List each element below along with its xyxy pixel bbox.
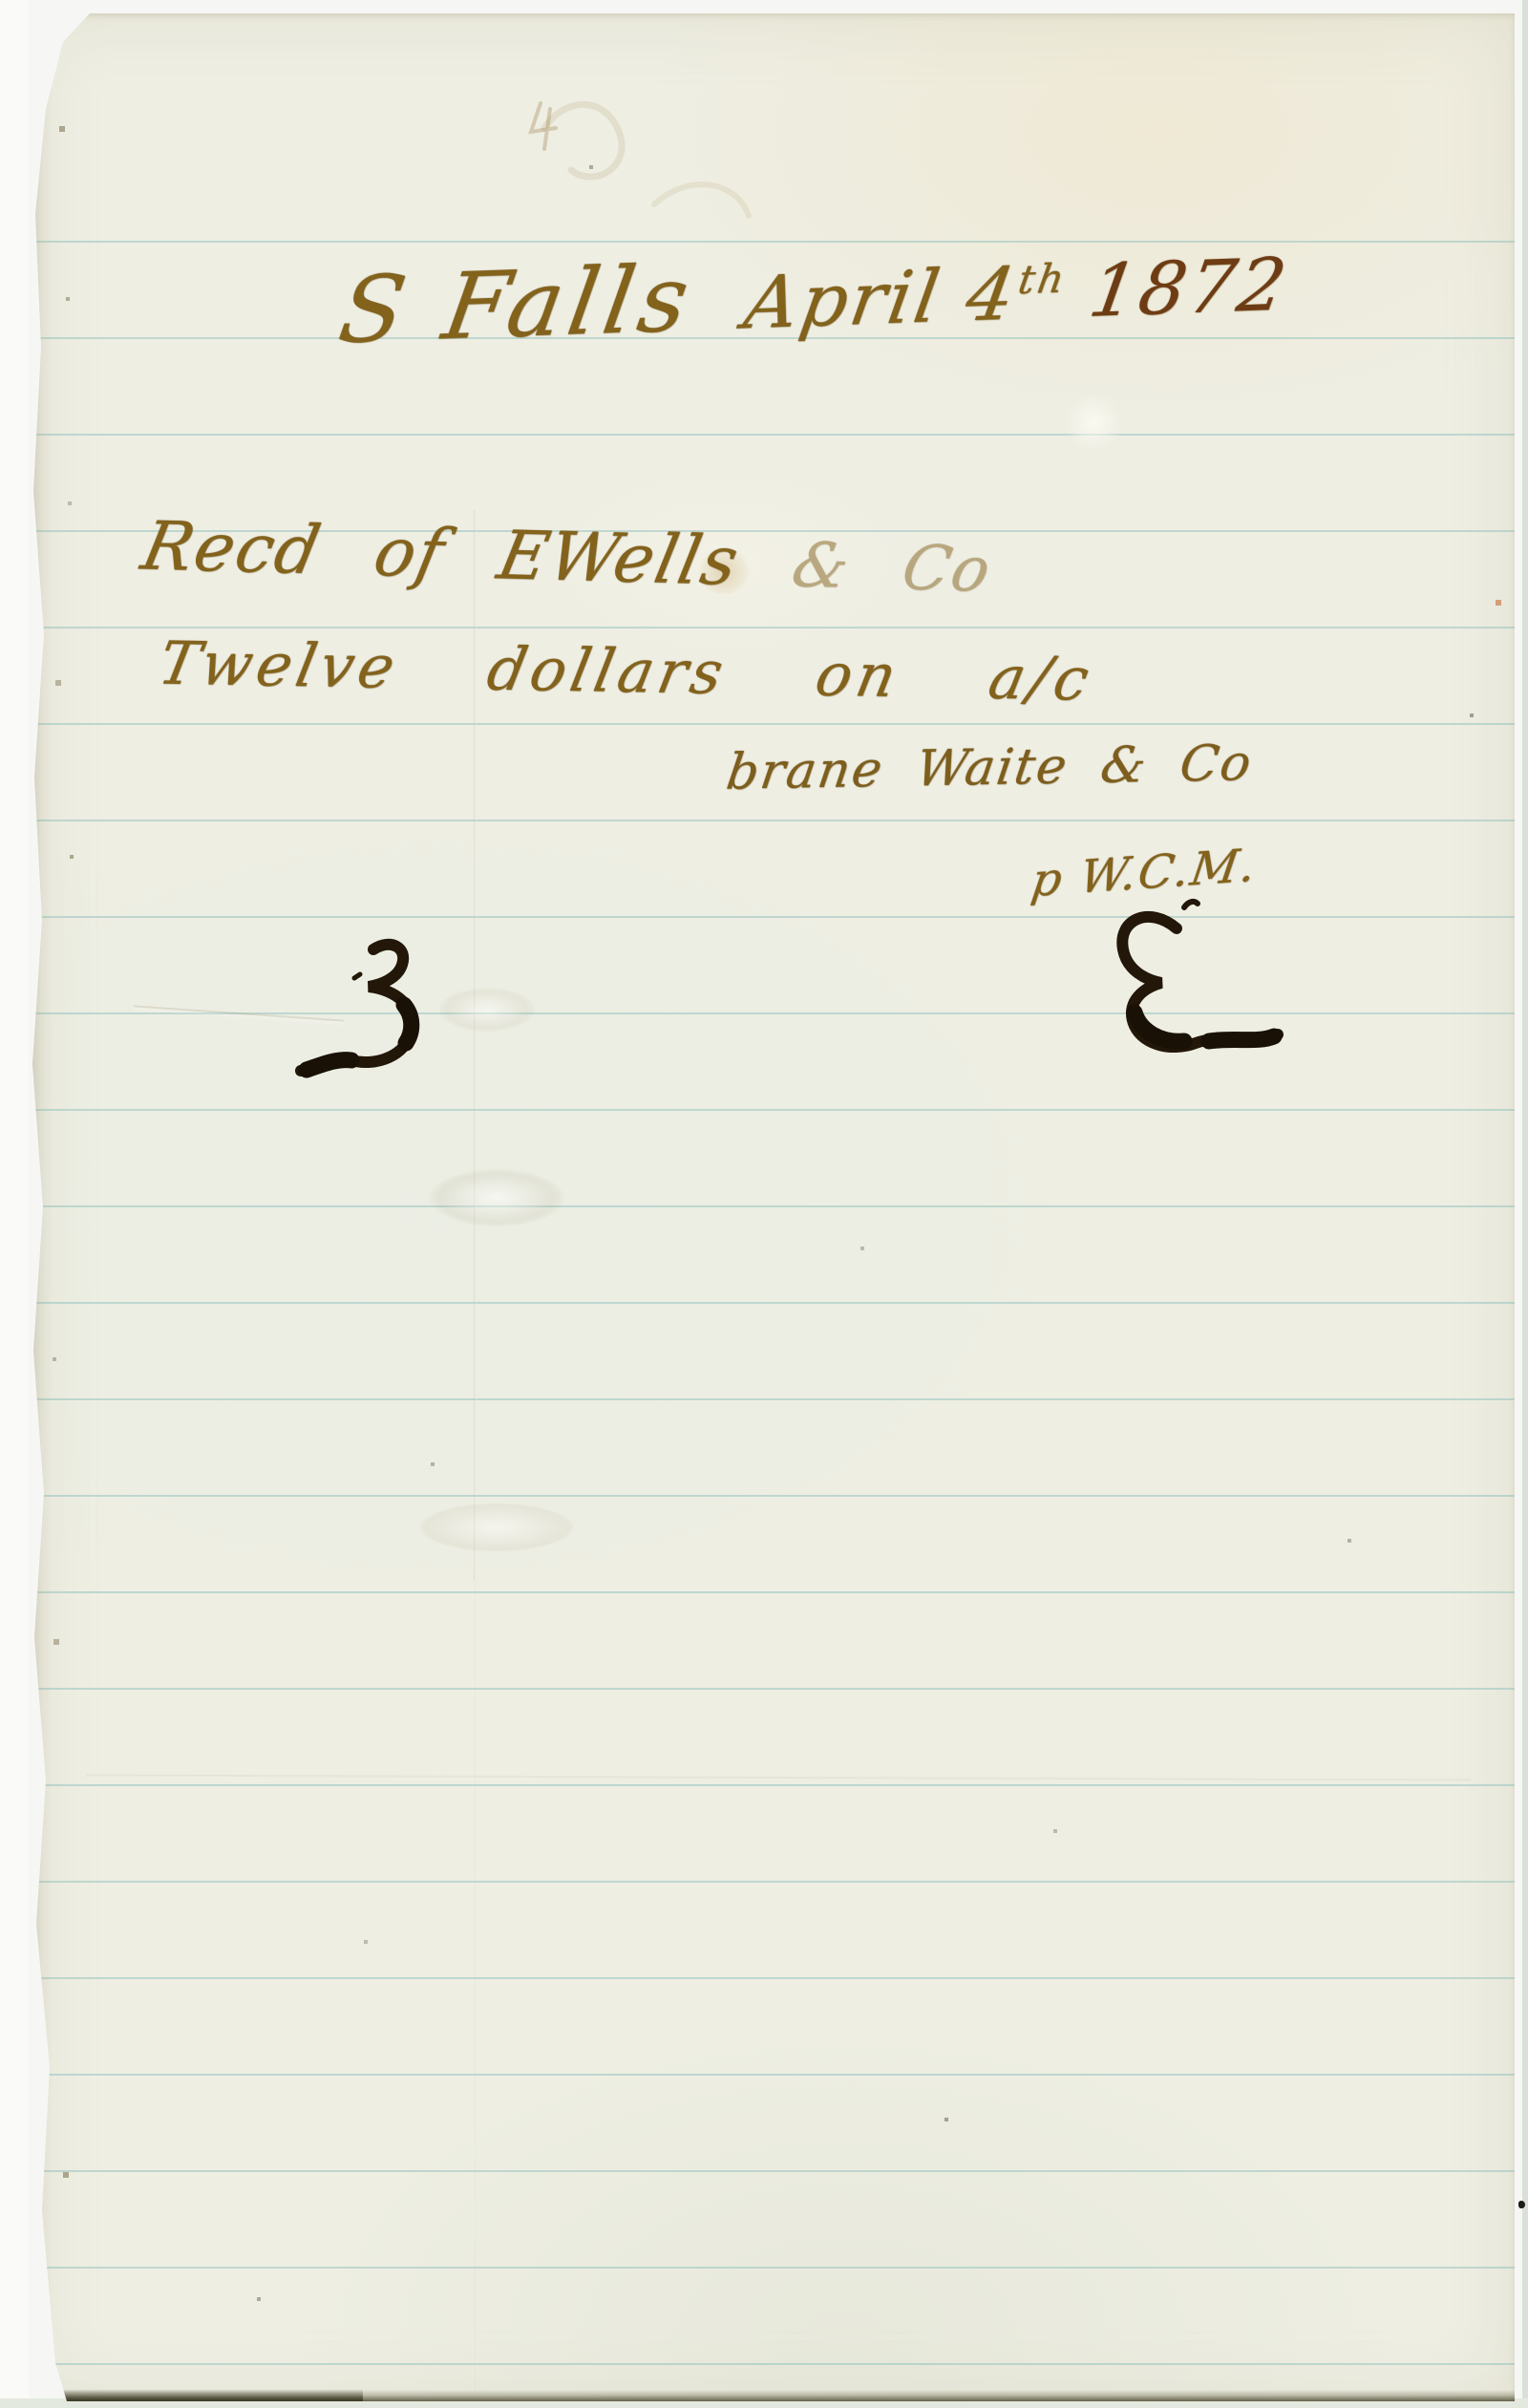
receipt-paper: S FallsApril 4th 1872 Recd of EWells & C…: [29, 13, 1515, 2401]
paper-wrinkle: [420, 1503, 573, 1551]
ink-flourish-right: [1022, 898, 1308, 1103]
scan-background-left: [0, 0, 29, 2408]
spacing-gap: [688, 328, 741, 330]
date-ordinal-superscript: th: [1015, 255, 1071, 304]
ink-flourish-left: [291, 936, 473, 1113]
torn-edge-specks: [29, 13, 31, 15]
scan-artifact-dot: [1518, 2201, 1525, 2208]
bleedthrough-ghost-writing: [477, 71, 840, 262]
vertical-fold-crease-lower: [475, 1580, 477, 2401]
paper-wrinkle: [430, 1169, 563, 1226]
paper-bottom-corner-shadow: [38, 2386, 363, 2401]
year-text: 1872: [1084, 242, 1295, 333]
received-of-text: Recd of EWells: [136, 506, 747, 600]
handwriting-payee-line: brane Waite & Co: [723, 735, 1256, 801]
scanned-document-image: { "receipt": { "place": "S Falls", "date…: [0, 0, 1528, 2408]
paper-light-patch: [1060, 395, 1127, 449]
company-suffix-text: & Co: [786, 529, 998, 606]
scan-background-right-shadow: [1522, 0, 1528, 2408]
torn-left-edge: [29, 13, 53, 2401]
dust-specks: [29, 13, 31, 15]
date-text: April 4: [739, 251, 1024, 346]
place-text: S Falls: [332, 245, 701, 364]
